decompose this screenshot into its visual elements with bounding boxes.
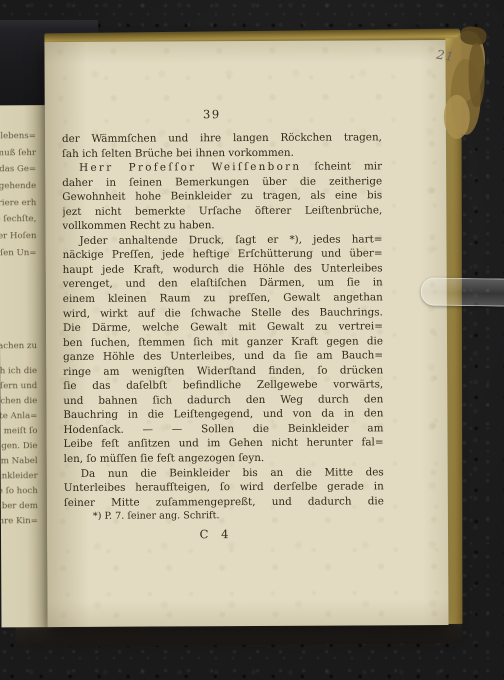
text-line: verenget, und den elaſtiſchen Därmen, um… [63,276,383,292]
text-line: haupt jede Kraft, wodurch die Höhle des … [63,261,383,277]
facing-page-text-fragment: ſern und [0,381,37,391]
text-line: Jeder anhaltende Druck, ſagt er *), jede… [62,232,382,248]
facing-page-text-fragment: Beinkleider [0,471,38,481]
text-line: der Wämmſchen und ihre langen Röckchen t… [62,130,382,146]
facing-page-text-fragment: ſchen die [0,396,37,406]
footnote: *) P. 7. ſeiner ang. Schrift. [93,510,220,522]
facing-page-text-fragment: die ſechſte, [0,214,36,224]
text-line: ben ſuchen, ſtemmen ſich mit ganzer Kraf… [63,334,383,350]
book-block: dem lebens=er muß ſehran das Ge=hergehen… [0,0,504,680]
text-line: len, ſo müſſen ſie feſt angezogen ſeyn. [64,450,384,466]
worn-corner-patch [468,43,484,107]
text-line: wird, wirkt auf die ſchwache Stelle des … [63,305,383,321]
transparent-bookmark-tab [421,277,504,306]
facing-page-text-fragment: m Nabel [1,456,38,466]
text-line: ſah ich ſelten Brüche bei ihnen vorkomme… [62,145,382,161]
facing-page-text-fragment: ihre Kin= [0,516,38,526]
facing-page-text-fragment: e meiſt ſo [0,426,38,436]
text-line: Da nun die Beinkleider bis an die Mitte … [64,465,384,481]
text-line: einem kleinen Raum zu preſſen, Gewalt an… [63,290,383,306]
text-line-rest: ſcheint mir [301,160,382,172]
page-text: der Wämmſchen und ihre langen Röckchen t… [62,130,384,510]
text-line: und bahnen ſich dadurch den Weg durch de… [63,392,383,408]
facing-page-text-fragment: ch ich die [0,366,37,376]
text-line: ſie das daſelbſt befindliche Zellgewebe … [63,378,383,394]
facing-page-text-fragment: ieſen Un= [0,248,37,258]
facing-page-text-fragment: pariere erh [0,198,36,208]
signature-mark: C 4 [64,526,364,542]
text-line: Unterleibes heraufſteigen, ſo wird derſe… [64,479,384,495]
facing-page-text-fragment: an das Ge= [0,164,36,174]
facing-page-text-fragment: Sachen zu [0,341,37,351]
text-line: ganze Höhle des Unterleibes, und da ſie … [63,349,383,365]
text-line: ringe am wenigſten Widerſtand finden, ſo… [63,363,383,379]
text-line: näckige Preſſen, jede heftige Erſchütter… [63,247,383,263]
text-line: Die Därme, welche Gewalt mit Gewalt zu v… [63,319,383,335]
facing-page-strip: dem lebens=er muß ſehran das Ge=hergehen… [0,105,48,627]
text-line: Hodenſack. — — Sollen die Beinkleider am [63,421,383,437]
text-line: jezt nicht bemerkte Urſache öfterer Leiſ… [62,203,382,219]
book-page: 39 der Wämmſchen und ihre langen Röckche… [44,40,448,627]
letterspaced-name: Herr Profeſſor Weiſſenborn [79,161,301,174]
text-line: Herr Profeſſor Weiſſenborn ſcheint mir [62,159,382,175]
facing-page-text-fragment: hergehende [0,181,36,191]
facing-page-text-fragment: er muß ſehr [0,148,36,158]
text-line: daher in ſeinen Bemerkungen über die zei… [62,174,382,190]
facing-page-text-fragment: dem lebens= [0,131,36,141]
page-number: 39 [62,106,362,122]
facing-page-text-fragment: alter Hoſen [0,231,36,241]
text-line: vollkommen Recht zu haben. [62,218,382,234]
facing-page-text-fragment: rſte Anla= [0,411,37,421]
text-line: Leibe feſt anſitzen und im Gehen nicht h… [64,436,384,452]
facing-page-text-fragment: gen. Die [1,441,37,451]
facing-page-text-fragment: e ſo hoch [0,486,38,496]
worn-corner-patch [459,25,487,46]
text-line: Bauchring in die Leiſtengegend, und von … [63,407,383,423]
photo-backdrop: dem lebens=er muß ſehran das Ge=hergehen… [0,0,504,680]
text-line: Gewohnheit hohe Beinkleider zu tragen, a… [62,189,382,205]
handwritten-page-note: 21 [435,47,455,65]
facing-page-text-fragment: über dem [0,501,38,511]
text-line: ſeiner Mitte zuſammengepreßt, und dadurc… [64,494,384,510]
